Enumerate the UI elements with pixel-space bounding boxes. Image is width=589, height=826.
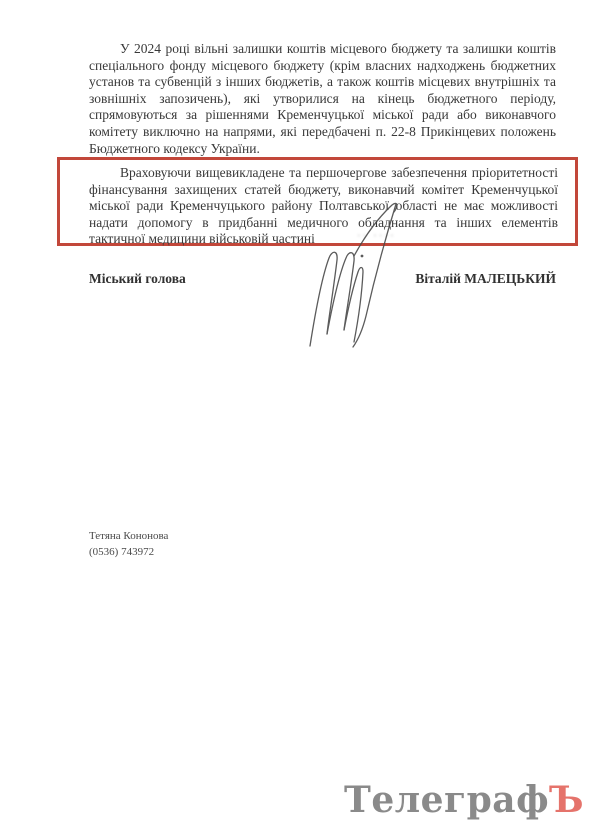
executor-contact: Тетяна Кононова (0536) 743972 bbox=[89, 529, 168, 560]
text-line: Враховуючи вищевикладене та першочергове… bbox=[89, 165, 558, 182]
signer-name: Віталій МАЛЕЦЬКИЙ bbox=[415, 271, 556, 287]
text-line: спеціального фонду місцевого бюджету (кр… bbox=[89, 58, 556, 75]
text-line: У 2024 році вільні залишки коштів місцев… bbox=[89, 41, 556, 58]
text-line: Бюджетного кодексу України. bbox=[89, 141, 556, 158]
text-line: установ та субвенцій з інших бюджетів, а… bbox=[89, 74, 556, 91]
intro-paragraph: У 2024 році вільні залишки коштів місцев… bbox=[89, 41, 556, 157]
executor-name: Тетяна Кононова bbox=[89, 529, 168, 545]
text-line: спрямовуються за рішеннями Кременчуцької… bbox=[89, 107, 556, 124]
executor-phone: (0536) 743972 bbox=[89, 545, 168, 561]
scanned-letter-page: У 2024 році вільні залишки коштів місцев… bbox=[0, 0, 589, 826]
handwritten-signature bbox=[296, 200, 416, 350]
text-line: зовнішніх запозичень), які утворилися на… bbox=[89, 91, 556, 108]
telegraf-watermark: ТелеграфЪ bbox=[344, 782, 584, 818]
text-line: комітету виключно на напрями, які передб… bbox=[89, 124, 556, 141]
text-line: фінансування захищених статей бюджету, в… bbox=[89, 182, 558, 199]
watermark-main-text: Телеграф bbox=[344, 779, 549, 821]
signer-position-title: Міський голова bbox=[89, 271, 186, 287]
watermark-accent-letter: Ъ bbox=[549, 779, 584, 821]
